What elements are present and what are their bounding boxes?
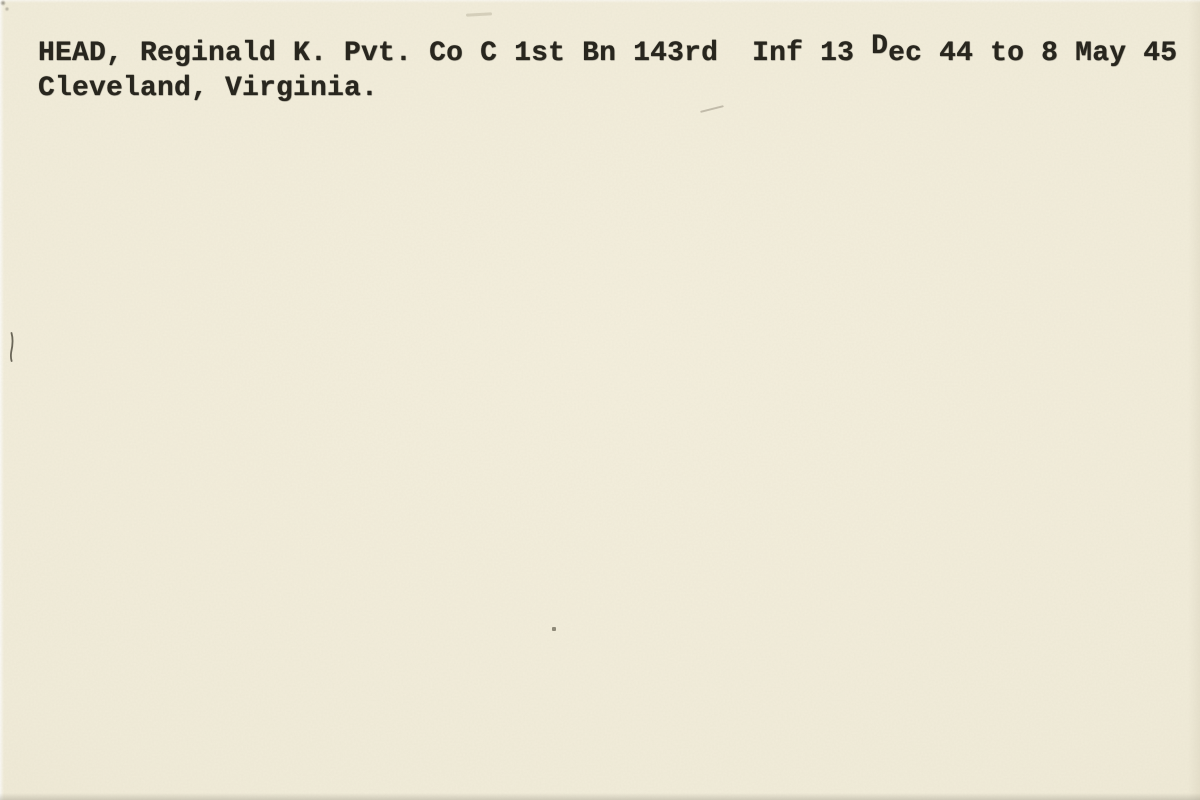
scratch-mark [700,105,724,113]
line2-text: Cleveland, Virginia. [38,73,378,104]
line1-text-pre: HEAD, Reginald K. Pvt. Co C 1st Bn 143rd… [38,38,871,69]
left-edge-ink-mark [8,332,16,362]
corner-speckle-mark [0,0,10,12]
line1-raised-char: D [871,31,888,62]
typed-line-1: HEAD, Reginald K. Pvt. Co C 1st Bn 143rd… [38,36,1177,71]
line1-text-post: ec 44 to 8 May 45 [888,38,1177,69]
typed-line-2: Cleveland, Virginia. [38,71,1177,106]
typed-text-block: HEAD, Reginald K. Pvt. Co C 1st Bn 143rd… [38,36,1177,106]
paper-texture [0,0,1200,800]
speck-mark [552,627,556,631]
top-smudge-mark [466,12,492,16]
index-card: HEAD, Reginald K. Pvt. Co C 1st Bn 143rd… [0,0,1200,800]
